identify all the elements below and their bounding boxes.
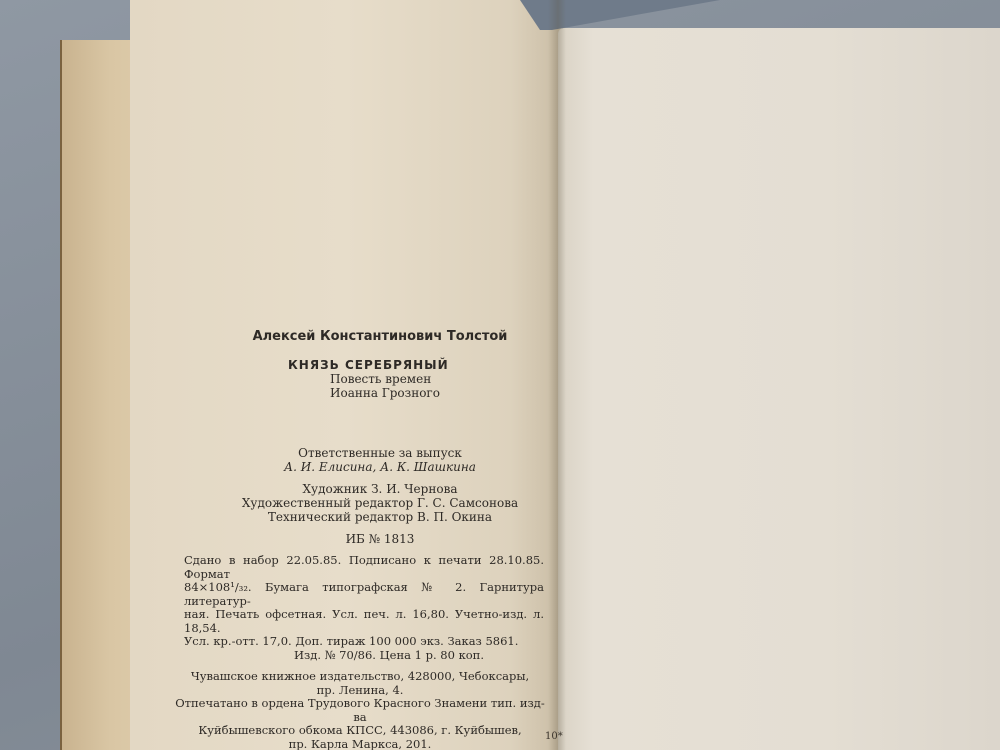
printer-line: Куйбышевского обкома КПСС, 443086, г. Ку… — [170, 724, 550, 738]
printer-line: Отпечатано в ордена Трудового Красного З… — [170, 697, 550, 724]
tech-line: Изд. № 70/86. Цена 1 р. 80 коп. — [184, 649, 544, 663]
imprint-block: Алексей Константинович Толстой КНЯЗЬ СЕР… — [170, 330, 550, 750]
ib-number: ИБ № 1813 — [170, 532, 550, 546]
publisher-line: пр. Ленина, 4. — [170, 684, 550, 698]
tech-line: ная. Печать офсетная. Усл. печ. л. 16,80… — [184, 608, 544, 635]
tech-line: 84×108¹/₃₂. Бумага типографская № 2. Гар… — [184, 581, 544, 608]
book-title: КНЯЗЬ СЕРЕБРЯНЫЙ — [288, 358, 550, 372]
publisher-info: Чувашское книжное издательство, 428000, … — [170, 670, 550, 750]
artist-credit: Художник З. И. Чернова — [170, 482, 550, 496]
printer-line: пр. Карла Маркса, 201. — [170, 738, 550, 750]
book-gutter — [548, 0, 566, 750]
tech-editor-credit: Технический редактор В. П. Окина — [170, 510, 550, 524]
responsible-label: Ответственные за выпуск — [170, 446, 550, 460]
subtitle-line-2: Иоанна Грозного — [330, 386, 550, 400]
tech-line: Усл. кр.-отт. 17,0. Доп. тираж 100 000 э… — [184, 635, 544, 649]
subtitle-line-1: Повесть времен — [330, 372, 550, 386]
author-name: Алексей Константинович Толстой — [210, 330, 550, 344]
tech-specs: Сдано в набор 22.05.85. Подписано к печа… — [170, 554, 550, 662]
page-number: 10* — [545, 731, 563, 742]
right-page-blank — [558, 28, 1000, 750]
tech-line: Сдано в набор 22.05.85. Подписано к печа… — [184, 554, 544, 581]
art-editor-credit: Художественный редактор Г. С. Самсонова — [170, 496, 550, 510]
publisher-line: Чувашское книжное издательство, 428000, … — [170, 670, 550, 684]
responsible-names: А. И. Елисина, А. К. Шашкина — [170, 460, 550, 474]
